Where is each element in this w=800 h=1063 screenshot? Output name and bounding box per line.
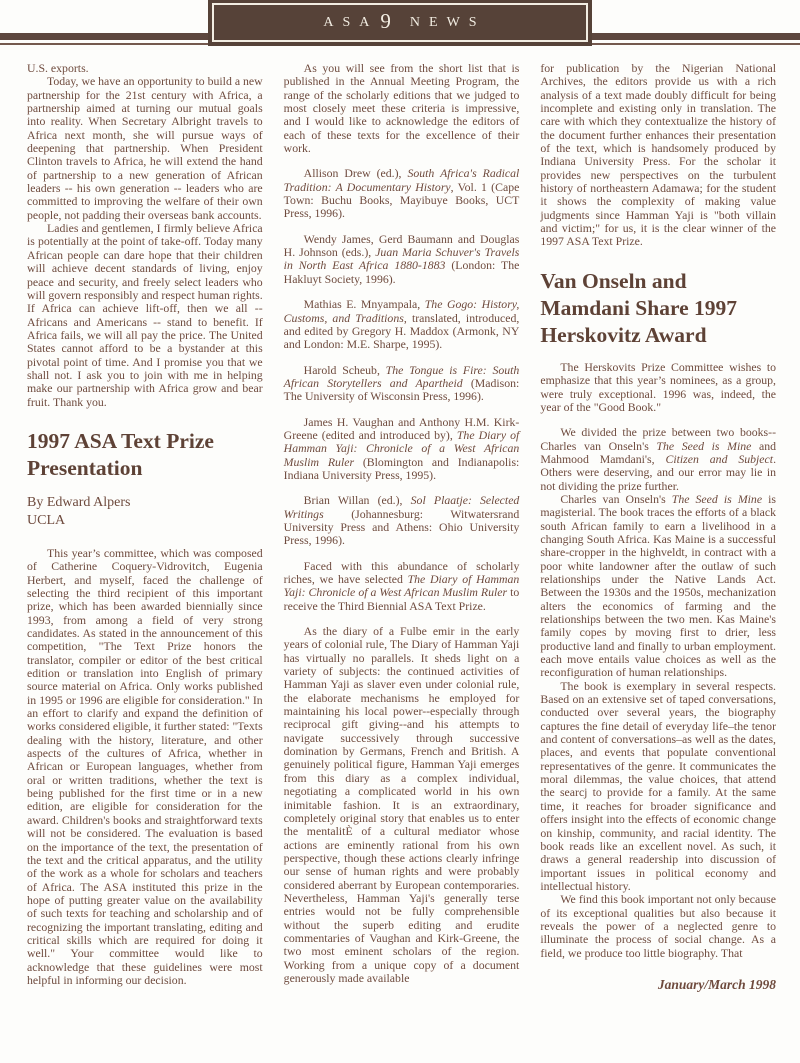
paragraph: James H. Vaughan and Anthony H.M. Kirk-G… bbox=[284, 416, 520, 483]
paragraph: Today, we have an opportunity to build a… bbox=[27, 75, 263, 222]
paragraph: Allison Drew (ed.), South Africa's Radic… bbox=[284, 167, 520, 220]
column-1: U.S. exports.Today, we have an opportuni… bbox=[27, 62, 263, 1063]
paragraph: Faced with this abundance of scholarly r… bbox=[284, 560, 520, 613]
paragraph: We find this book important not only bec… bbox=[540, 893, 776, 960]
masthead-word-asa: ASA bbox=[314, 15, 378, 31]
byline: UCLA bbox=[27, 512, 263, 530]
issue-date: January/March 1998 bbox=[540, 978, 776, 991]
paragraph: U.S. exports. bbox=[27, 62, 263, 75]
newsletter-page: ASA 9 NEWS U.S. exports.Today, we have a… bbox=[0, 0, 800, 1063]
paragraph: The Herskovits Prize Committee wishes to… bbox=[540, 361, 776, 414]
byline: By Edward Alpers bbox=[27, 494, 263, 512]
masthead-word-news: NEWS bbox=[401, 15, 486, 31]
paragraph: Brian Willan (ed.), Sol Plaatje: Selecte… bbox=[284, 494, 520, 547]
paragraph: Charles van Onseln's The Seed is Mine is… bbox=[540, 493, 776, 680]
paragraph: for publication by the Nigerian National… bbox=[540, 62, 776, 249]
column-3: for publication by the Nigerian National… bbox=[540, 62, 776, 1063]
masthead-issue-number: 9 bbox=[380, 9, 393, 34]
column-2: As you will see from the short list that… bbox=[284, 62, 520, 1063]
paragraph: The book is exemplary in several respect… bbox=[540, 680, 776, 894]
masthead-frame: ASA 9 NEWS bbox=[212, 3, 588, 42]
paragraph: Mathias E. Mnyampala, The Gogo: History,… bbox=[284, 298, 520, 351]
paragraph: As the diary of a Fulbe emir in the earl… bbox=[284, 625, 520, 985]
article-heading: Van Onseln and Mamdani Share 1997 Hersko… bbox=[540, 268, 776, 349]
article-heading: 1997 ASA Text Prize Presentation bbox=[27, 428, 263, 482]
paragraph: Wendy James, Gerd Baumann and Douglas H.… bbox=[284, 233, 520, 286]
content-columns: U.S. exports.Today, we have an opportuni… bbox=[27, 62, 776, 1063]
paragraph: Ladies and gentlemen, I firmly believe A… bbox=[27, 222, 263, 409]
paragraph: Harold Scheub, The Tongue is Fire: South… bbox=[284, 364, 520, 404]
paragraph: This year’s committee, which was compose… bbox=[27, 547, 263, 987]
masthead-banner: ASA 9 NEWS bbox=[208, 0, 592, 46]
paragraph: As you will see from the short list that… bbox=[284, 62, 520, 155]
paragraph: We divided the prize between two books--… bbox=[540, 426, 776, 493]
